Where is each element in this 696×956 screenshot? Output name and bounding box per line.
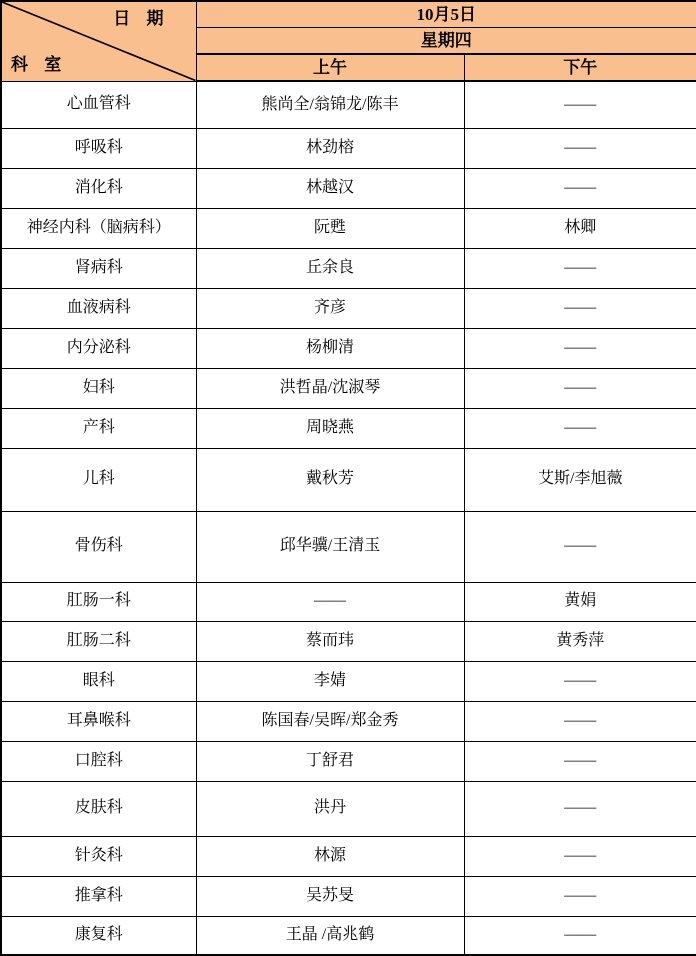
table-row: 皮肤科洪丹—— (1, 781, 696, 836)
pm-cell: —— (464, 876, 696, 916)
am-cell: 戴秋芳 (196, 448, 464, 511)
pm-cell: —— (464, 368, 696, 408)
department-cell: 耳鼻喉科 (1, 701, 196, 741)
department-cell: 针灸科 (1, 836, 196, 876)
am-cell: 王晶 /高兆鹤 (196, 916, 464, 955)
department-cell: 肛肠二科 (1, 621, 196, 661)
am-cell: 林劲榕 (196, 128, 464, 168)
am-cell: 齐彦 (196, 288, 464, 328)
pm-cell: 艾斯/李旭薇 (464, 448, 696, 511)
pm-cell: —— (464, 168, 696, 208)
corner-header-cell: 日 期 科 室 (1, 1, 196, 81)
department-cell: 儿科 (1, 448, 196, 511)
date-cell: 10月5日 (196, 1, 696, 28)
table-row: 康复科王晶 /高兆鹤—— (1, 916, 696, 955)
pm-cell: 黄秀萍 (464, 621, 696, 661)
header-row-date: 日 期 科 室 10月5日 (1, 1, 696, 28)
table-row: 肛肠二科蔡而玮黄秀萍 (1, 621, 696, 661)
table-row: 儿科戴秋芳艾斯/李旭薇 (1, 448, 696, 511)
am-cell: 洪哲晶/沈淑琴 (196, 368, 464, 408)
department-cell: 眼科 (1, 661, 196, 701)
department-cell: 推拿科 (1, 876, 196, 916)
am-cell: 熊尚全/翁锦龙/陈丰 (196, 81, 464, 128)
corner-dept-label: 科 室 (11, 55, 67, 75)
department-cell: 口腔科 (1, 741, 196, 781)
table-row: 产科周晓燕—— (1, 408, 696, 448)
pm-cell: —— (464, 328, 696, 368)
department-cell: 血液病科 (1, 288, 196, 328)
am-cell: 蔡而玮 (196, 621, 464, 661)
department-cell: 心血管科 (1, 81, 196, 128)
am-cell: 吴苏旻 (196, 876, 464, 916)
department-cell: 骨伤科 (1, 511, 196, 582)
table-row: 骨伤科邱华骥/王清玉—— (1, 511, 696, 582)
pm-cell: —— (464, 741, 696, 781)
department-cell: 内分泌科 (1, 328, 196, 368)
department-cell: 神经内科（脑病科） (1, 208, 196, 248)
am-cell: 杨柳清 (196, 328, 464, 368)
department-cell: 呼吸科 (1, 128, 196, 168)
table-row: 内分泌科杨柳清—— (1, 328, 696, 368)
am-cell: 李婧 (196, 661, 464, 701)
department-cell: 妇科 (1, 368, 196, 408)
table-row: 眼科李婧—— (1, 661, 696, 701)
duty-schedule-table: 日 期 科 室 10月5日 星期四 上午 下午 心血管科熊尚全/翁锦龙/陈丰——… (0, 0, 696, 956)
pm-cell: —— (464, 81, 696, 128)
am-cell: 林越汉 (196, 168, 464, 208)
pm-cell: 黄娟 (464, 582, 696, 621)
pm-cell: —— (464, 288, 696, 328)
pm-cell: —— (464, 781, 696, 836)
table-row: 妇科洪哲晶/沈淑琴—— (1, 368, 696, 408)
schedule-body: 心血管科熊尚全/翁锦龙/陈丰——呼吸科林劲榕——消化科林越汉——神经内科（脑病科… (1, 81, 696, 955)
table-row: 呼吸科林劲榕—— (1, 128, 696, 168)
table-row: 推拿科吴苏旻—— (1, 876, 696, 916)
department-cell: 产科 (1, 408, 196, 448)
am-cell: 丘余良 (196, 248, 464, 288)
am-cell: —— (196, 582, 464, 621)
pm-cell: —— (464, 408, 696, 448)
pm-cell: —— (464, 661, 696, 701)
pm-column-header: 下午 (464, 54, 696, 81)
department-cell: 消化科 (1, 168, 196, 208)
pm-cell: —— (464, 916, 696, 955)
am-column-header: 上午 (196, 54, 464, 81)
am-cell: 周晓燕 (196, 408, 464, 448)
table-row: 口腔科丁舒君—— (1, 741, 696, 781)
table-row: 肛肠一科——黄娟 (1, 582, 696, 621)
pm-cell: —— (464, 128, 696, 168)
table-row: 血液病科齐彦—— (1, 288, 696, 328)
department-cell: 康复科 (1, 916, 196, 955)
table-row: 肾病科丘余良—— (1, 248, 696, 288)
table-row: 神经内科（脑病科）阮甦林卿 (1, 208, 696, 248)
schedule-page: 日 期 科 室 10月5日 星期四 上午 下午 心血管科熊尚全/翁锦龙/陈丰——… (0, 0, 696, 955)
corner-date-label: 日 期 (113, 9, 169, 29)
pm-cell: —— (464, 511, 696, 582)
am-cell: 邱华骥/王清玉 (196, 511, 464, 582)
am-cell: 林源 (196, 836, 464, 876)
table-row: 针灸科林源—— (1, 836, 696, 876)
department-cell: 皮肤科 (1, 781, 196, 836)
department-cell: 肛肠一科 (1, 582, 196, 621)
pm-cell: —— (464, 248, 696, 288)
pm-cell: 林卿 (464, 208, 696, 248)
pm-cell: —— (464, 836, 696, 876)
table-row: 心血管科熊尚全/翁锦龙/陈丰—— (1, 81, 696, 128)
am-cell: 陈国春/吴晖/郑金秀 (196, 701, 464, 741)
pm-cell: —— (464, 701, 696, 741)
am-cell: 洪丹 (196, 781, 464, 836)
weekday-cell: 星期四 (196, 28, 696, 55)
am-cell: 阮甦 (196, 208, 464, 248)
table-row: 耳鼻喉科陈国春/吴晖/郑金秀—— (1, 701, 696, 741)
department-cell: 肾病科 (1, 248, 196, 288)
table-row: 消化科林越汉—— (1, 168, 696, 208)
am-cell: 丁舒君 (196, 741, 464, 781)
